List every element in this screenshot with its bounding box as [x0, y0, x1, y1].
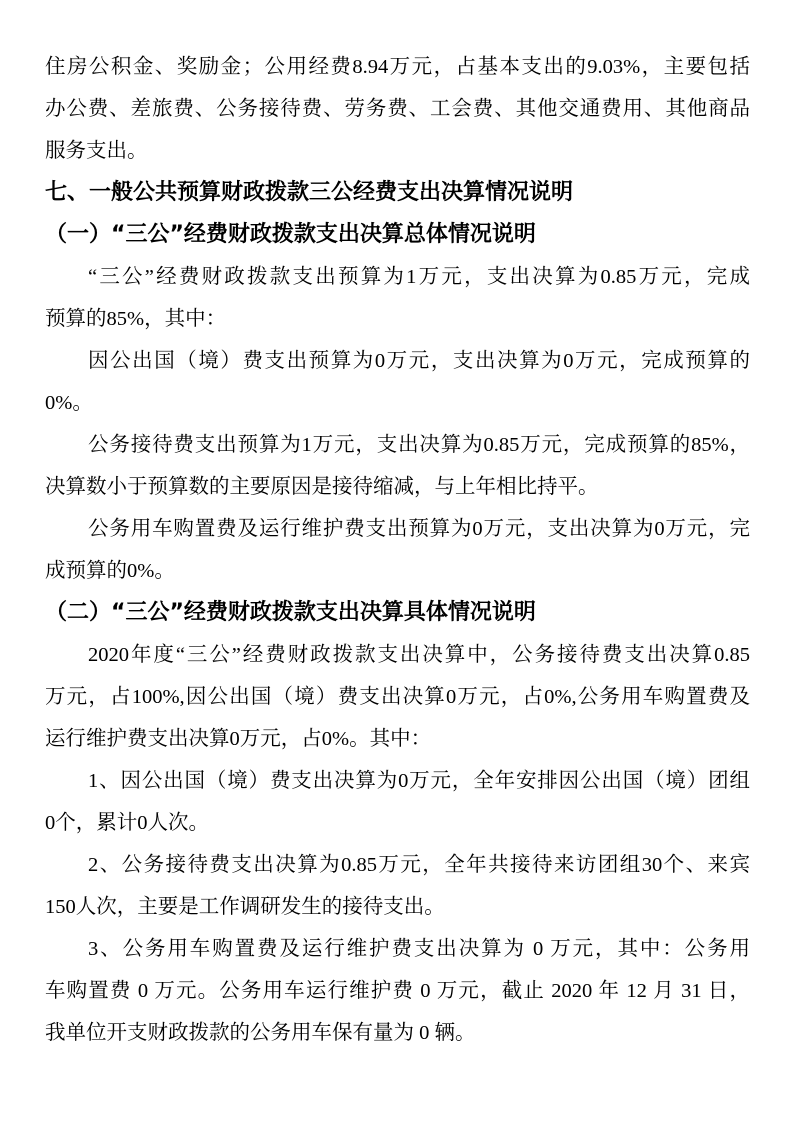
text-line: 2020年度“三公”经费财政拨款支出决算中，公务接待费支出决算0.85 [45, 634, 750, 676]
text-line: 0个，累计0人次。 [45, 802, 750, 844]
section-heading: （二）“三公”经费财政拨款支出决算具体情况说明 [45, 592, 750, 634]
paragraph: 3、公务用车购置费及运行维护费支出决算为 0 万元，其中：公务用车购置费 0 万… [45, 928, 750, 1054]
text-line: “三公”经费财政拨款支出预算为1万元，支出决算为0.85万元，完成 [45, 256, 750, 298]
paragraph: 2020年度“三公”经费财政拨款支出决算中，公务接待费支出决算0.85万元，占1… [45, 634, 750, 760]
paragraph: 1、因公出国（境）费支出决算为0万元，全年安排因公出国（境）团组0个，累计0人次… [45, 760, 750, 844]
document-page: 住房公积金、奖励金；公用经费8.94万元，占基本支出的9.03%，主要包括办公费… [0, 0, 793, 1122]
text-line: 预算的85%，其中： [45, 298, 750, 340]
text-line: 0%。 [45, 382, 750, 424]
text-line: 运行维护费支出决算0万元，占0%。其中： [45, 718, 750, 760]
paragraph: “三公”经费财政拨款支出预算为1万元，支出决算为0.85万元，完成预算的85%，… [45, 256, 750, 340]
text-line: 决算数小于预算数的主要原因是接待缩减，与上年相比持平。 [45, 466, 750, 508]
text-line: 150人次，主要是工作调研发生的接待支出。 [45, 886, 750, 928]
text-line: 3、公务用车购置费及运行维护费支出决算为 0 万元，其中：公务用 [45, 928, 750, 970]
paragraph: 住房公积金、奖励金；公用经费8.94万元，占基本支出的9.03%，主要包括办公费… [45, 46, 750, 172]
text-line: 服务支出。 [45, 130, 750, 172]
paragraph: 公务接待费支出预算为1万元，支出决算为0.85万元，完成预算的85%，决算数小于… [45, 424, 750, 508]
document-content: 住房公积金、奖励金；公用经费8.94万元，占基本支出的9.03%，主要包括办公费… [45, 46, 750, 1054]
heading-line: （一）“三公”经费财政拨款支出决算总体情况说明 [45, 214, 750, 256]
text-line: 办公费、差旅费、公务接待费、劳务费、工会费、其他交通费用、其他商品 [45, 88, 750, 130]
text-line: 公务用车购置费及运行维护费支出预算为0万元，支出决算为0万元，完 [45, 508, 750, 550]
text-line: 1、因公出国（境）费支出决算为0万元，全年安排因公出国（境）团组 [45, 760, 750, 802]
paragraph: 公务用车购置费及运行维护费支出预算为0万元，支出决算为0万元，完成预算的0%。 [45, 508, 750, 592]
heading-line: 七、一般公共预算财政拨款三公经费支出决算情况说明 [45, 172, 750, 214]
text-line: 车购置费 0 万元。公务用车运行维护费 0 万元，截止 2020 年 12 月 … [45, 970, 750, 1012]
text-line: 成预算的0%。 [45, 550, 750, 592]
text-line: 因公出国（境）费支出预算为0万元，支出决算为0万元，完成预算的 [45, 340, 750, 382]
section-heading: （一）“三公”经费财政拨款支出决算总体情况说明 [45, 214, 750, 256]
section-heading: 七、一般公共预算财政拨款三公经费支出决算情况说明 [45, 172, 750, 214]
paragraph: 2、公务接待费支出决算为0.85万元，全年共接待来访团组30个、来宾150人次，… [45, 844, 750, 928]
heading-line: （二）“三公”经费财政拨款支出决算具体情况说明 [45, 592, 750, 634]
text-line: 我单位开支财政拨款的公务用车保有量为 0 辆。 [45, 1012, 750, 1054]
text-line: 2、公务接待费支出决算为0.85万元，全年共接待来访团组30个、来宾 [45, 844, 750, 886]
paragraph: 因公出国（境）费支出预算为0万元，支出决算为0万元，完成预算的0%。 [45, 340, 750, 424]
text-line: 住房公积金、奖励金；公用经费8.94万元，占基本支出的9.03%，主要包括 [45, 46, 750, 88]
text-line: 公务接待费支出预算为1万元，支出决算为0.85万元，完成预算的85%， [45, 424, 750, 466]
text-line: 万元，占100%,因公出国（境）费支出决算0万元，占0%,公务用车购置费及 [45, 676, 750, 718]
